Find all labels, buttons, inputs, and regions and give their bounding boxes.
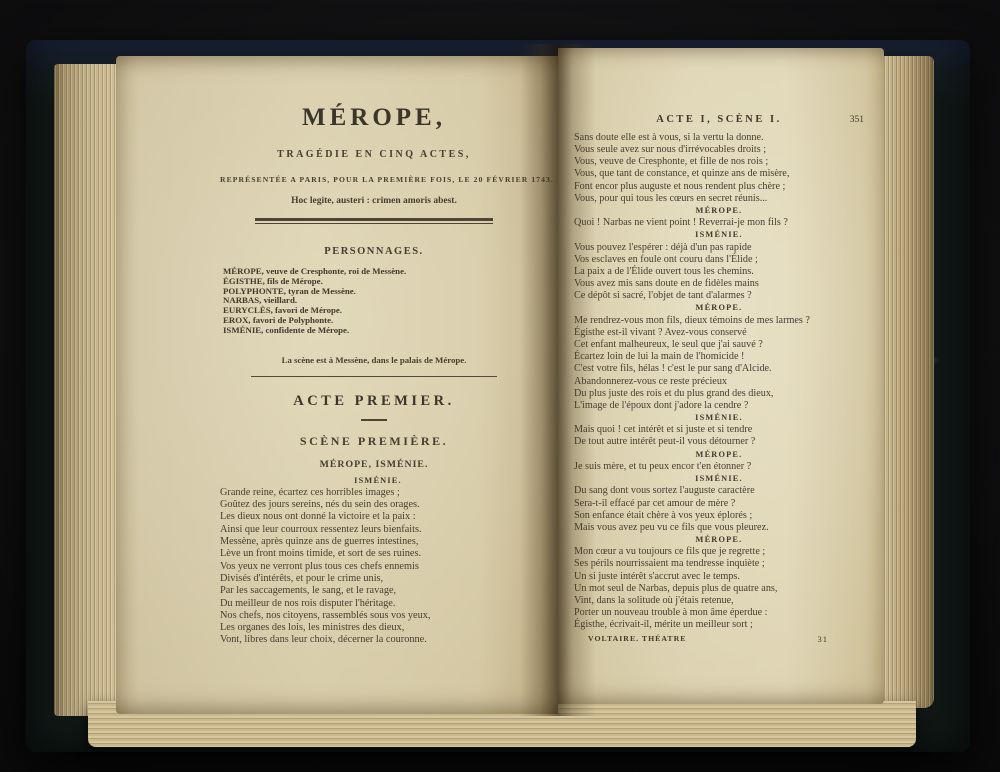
verse-line: La paix a de l'Élide ouvert tous les che… bbox=[574, 266, 864, 278]
verse-line: Égisthe est-il vivant ? Avez-vous conser… bbox=[574, 327, 864, 339]
thin-rule bbox=[251, 376, 497, 377]
verse-line: Vous avez mis sans doute en de fidèles m… bbox=[574, 278, 864, 290]
speaker-label: MÉROPE. bbox=[574, 205, 864, 217]
footer-imprint: VOLTAIRE. THÉATRE bbox=[588, 634, 686, 643]
verse-line: Abandonnerez-vous ce reste précieux bbox=[574, 376, 864, 388]
play-subtitle: TRAGÉDIE EN CINQ ACTES, bbox=[220, 149, 528, 160]
verse-line: Un mot seul de Narbas, depuis plus de qu… bbox=[574, 583, 864, 595]
signature-mark: 31 bbox=[818, 634, 829, 644]
verse-line: Ainsi que leur courroux ressentez leurs … bbox=[220, 524, 536, 536]
verse-line: Ses périls nourrissaient ma tendresse in… bbox=[574, 558, 864, 570]
page-footer: VOLTAIRE. THÉATRE 31 bbox=[574, 634, 864, 643]
verse-line: Égisthe, écrivait-il, mérite un meilleur… bbox=[574, 619, 864, 631]
verse-line: L'image de l'époux dont j'adore la cendr… bbox=[574, 400, 864, 412]
verse-line: Vous pouvez l'espérer : déjà d'un pas ra… bbox=[574, 242, 864, 254]
character-entry: ISMÉNIE, confidente de Mérope. bbox=[223, 326, 525, 336]
double-rule bbox=[255, 218, 493, 224]
left-page: MÉROPE, TRAGÉDIE EN CINQ ACTES, REPRÉSEN… bbox=[116, 56, 558, 714]
page-number: 351 bbox=[850, 115, 864, 125]
verse-line: Quoi ! Narbas ne vient point ! Reverrai-… bbox=[574, 217, 864, 229]
verse-line: Mais vous avez peu vu ce fils que vous p… bbox=[574, 522, 864, 534]
verse-line: De tout autre intérêt peut-il vous détou… bbox=[574, 436, 864, 448]
personnages-heading: PERSONNAGES. bbox=[220, 246, 528, 257]
verse-line: Nos chefs, nos citoyens, rassemblés sous… bbox=[220, 610, 536, 622]
verse-line: Son enfance était chère à vos yeux éplor… bbox=[574, 510, 864, 522]
speaker-label: ISMÉNIE. bbox=[574, 473, 864, 485]
page-stack-left-edge bbox=[54, 64, 120, 716]
verse-line: Du plus juste des rois et du plus grand … bbox=[574, 388, 864, 400]
performance-note: REPRÉSENTÉE A PARIS, POUR LA PREMIÈRE FO… bbox=[220, 175, 528, 184]
verse-line: Vint, dans la solitude où j'étais retenu… bbox=[574, 595, 864, 607]
verse-line: Font encor plus auguste et nous rendent … bbox=[574, 181, 864, 193]
short-rule bbox=[361, 419, 387, 421]
verse-line: Les dieux nous ont donné la victoire et … bbox=[220, 511, 536, 523]
verse-line: Mais quoi ! cet intérêt et si juste et s… bbox=[574, 424, 864, 436]
speaker-label: ISMÉNIE. bbox=[574, 229, 864, 241]
verse-line: Vos yeux ne verront plus tous ces chefs … bbox=[220, 561, 536, 573]
verse-line: Vos esclaves en foule ont couru dans l'É… bbox=[574, 254, 864, 266]
epigraph: Hoc legite, austeri : crimen amoris abes… bbox=[220, 196, 528, 206]
verse-line: Divisés d'intérêts, et pour le crime uni… bbox=[220, 573, 536, 585]
speaker-label: MÉROPE. bbox=[574, 302, 864, 314]
verse-line: Grande reine, écartez ces horribles imag… bbox=[220, 487, 536, 499]
verse-line: Messène, après quinze ans de guerres int… bbox=[220, 536, 536, 548]
character-list: MÉROPE, veuve de Cresphonte, roi de Mess… bbox=[223, 267, 525, 336]
scene-note: La scène est à Messène, dans le palais d… bbox=[220, 355, 528, 365]
verse-line: Les organes des lois, les ministres des … bbox=[220, 622, 536, 634]
verse-line: Écartez loin de lui la main de l'homicid… bbox=[574, 351, 864, 363]
page-stack-right-edge bbox=[876, 56, 934, 708]
scene-characters: MÉROPE, ISMÉNIE. bbox=[220, 459, 528, 470]
verse-line: Ce dépôt si sacré, l'objet de tant d'ala… bbox=[574, 290, 864, 302]
running-header-text: ACTE I, SCÈNE I. bbox=[656, 114, 781, 125]
verse-line: Du meilleur de nos rois disputer l'hérit… bbox=[220, 598, 536, 610]
verse-line: Porter un nouveau trouble à mon âme éper… bbox=[574, 607, 864, 619]
running-header: ACTE I, SCÈNE I. 351 bbox=[574, 114, 864, 125]
verse-line: Mon cœur a vu toujours ce fils que je re… bbox=[574, 546, 864, 558]
speaker-label: ISMÉNIE. bbox=[574, 412, 864, 424]
play-title: MÉROPE, bbox=[220, 104, 528, 132]
verse-line: Goûtez des jours sereins, nés du sein de… bbox=[220, 499, 536, 511]
verse-line: Je suis mère, et tu peux encor t'en éton… bbox=[574, 461, 864, 473]
verse-line: Lève un front moins timide, et sort de s… bbox=[220, 548, 536, 560]
verse-line: Vous seule avez sur nous d'irrévocables … bbox=[574, 144, 864, 156]
verse-line: Vous, pour qui tous les cœurs en secret … bbox=[574, 193, 864, 205]
verse-line: Du sang dont vous sortez l'auguste carac… bbox=[574, 485, 864, 497]
act-heading: ACTE PREMIER. bbox=[220, 393, 528, 410]
verse-line: Sans doute elle est à vous, si la vertu … bbox=[574, 132, 864, 144]
speaker-label: ISMÉNIE. bbox=[220, 475, 536, 487]
speaker-label: MÉROPE. bbox=[574, 534, 864, 546]
verse-line: Vous, que tant de constance, et quinze a… bbox=[574, 168, 864, 180]
verse-line: Me rendrez-vous mon fils, dieux témoins … bbox=[574, 315, 864, 327]
photo-background: MÉROPE, TRAGÉDIE EN CINQ ACTES, REPRÉSEN… bbox=[0, 0, 1000, 772]
verse-line: C'est votre fils, hélas ! c'est le pur s… bbox=[574, 363, 864, 375]
verse-line: Sera-t-il effacé par cet amour de mère ? bbox=[574, 498, 864, 510]
verse-line: Vont, libres dans leur choix, décerner l… bbox=[220, 634, 536, 646]
right-page-dialogue: Sans doute elle est à vous, si la vertu … bbox=[574, 132, 864, 631]
left-page-dialogue: ISMÉNIE.Grande reine, écartez ces horrib… bbox=[220, 475, 536, 647]
verse-line: Par les saccagements, le sang, et le rav… bbox=[220, 585, 536, 597]
verse-line: Un si juste intérêt s'accrut avec le tem… bbox=[574, 571, 864, 583]
verse-line: Cet enfant malheureux, le seul que j'ai … bbox=[574, 339, 864, 351]
verse-line: Vous, veuve de Cresphonte, et fille de n… bbox=[574, 156, 864, 168]
scene-heading: SCÈNE PREMIÈRE. bbox=[220, 434, 528, 449]
speaker-label: MÉROPE. bbox=[574, 449, 864, 461]
right-page: ACTE I, SCÈNE I. 351 Sans doute elle est… bbox=[558, 48, 884, 704]
